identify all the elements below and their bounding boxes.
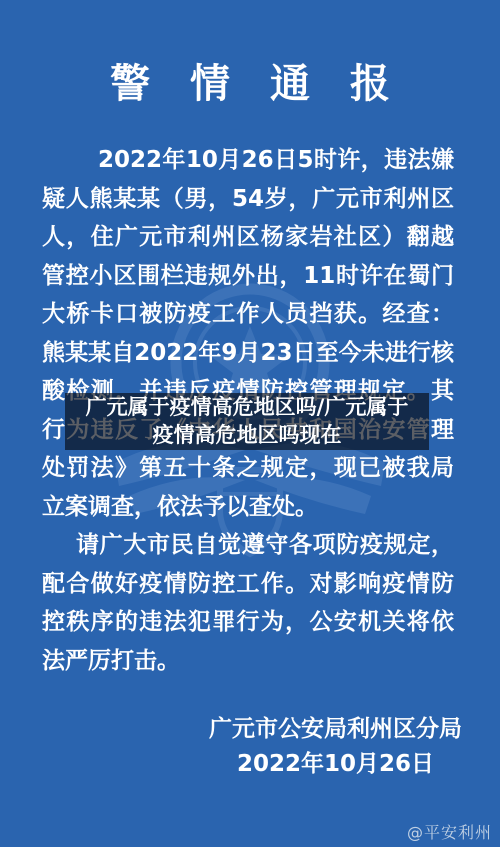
overlay-line-2: 疫情高危地区吗现在 [153,422,342,449]
police-notice-poster: 警 情 通 报 2022年10月26日5时许，违法嫌疑人熊某某（男，54岁，广元… [0,0,500,847]
signature-block: 广元市公安局利州区分局 2022年10月26日 [209,712,462,782]
account-watermark: @平安利州 [407,820,492,843]
notice-paragraph-1: 2022年10月26日5时许，违法嫌疑人熊某某（男，54岁，广元市利州区人，住广… [42,141,454,526]
signature-date: 2022年10月26日 [209,747,462,782]
overlay-line-1: 广元属于疫情高危地区吗/广元属于 [86,394,409,421]
signature-agency: 广元市公安局利州区分局 [209,712,462,747]
search-phrase-overlay: 广元属于疫情高危地区吗/广元属于 疫情高危地区吗现在 [65,393,429,450]
notice-paragraph-2: 请广大市民自觉遵守各项防疫规定，配合做好疫情防控工作。对影响疫情防控秩序的违法犯… [42,526,454,680]
notice-title: 警 情 通 报 [0,52,500,109]
